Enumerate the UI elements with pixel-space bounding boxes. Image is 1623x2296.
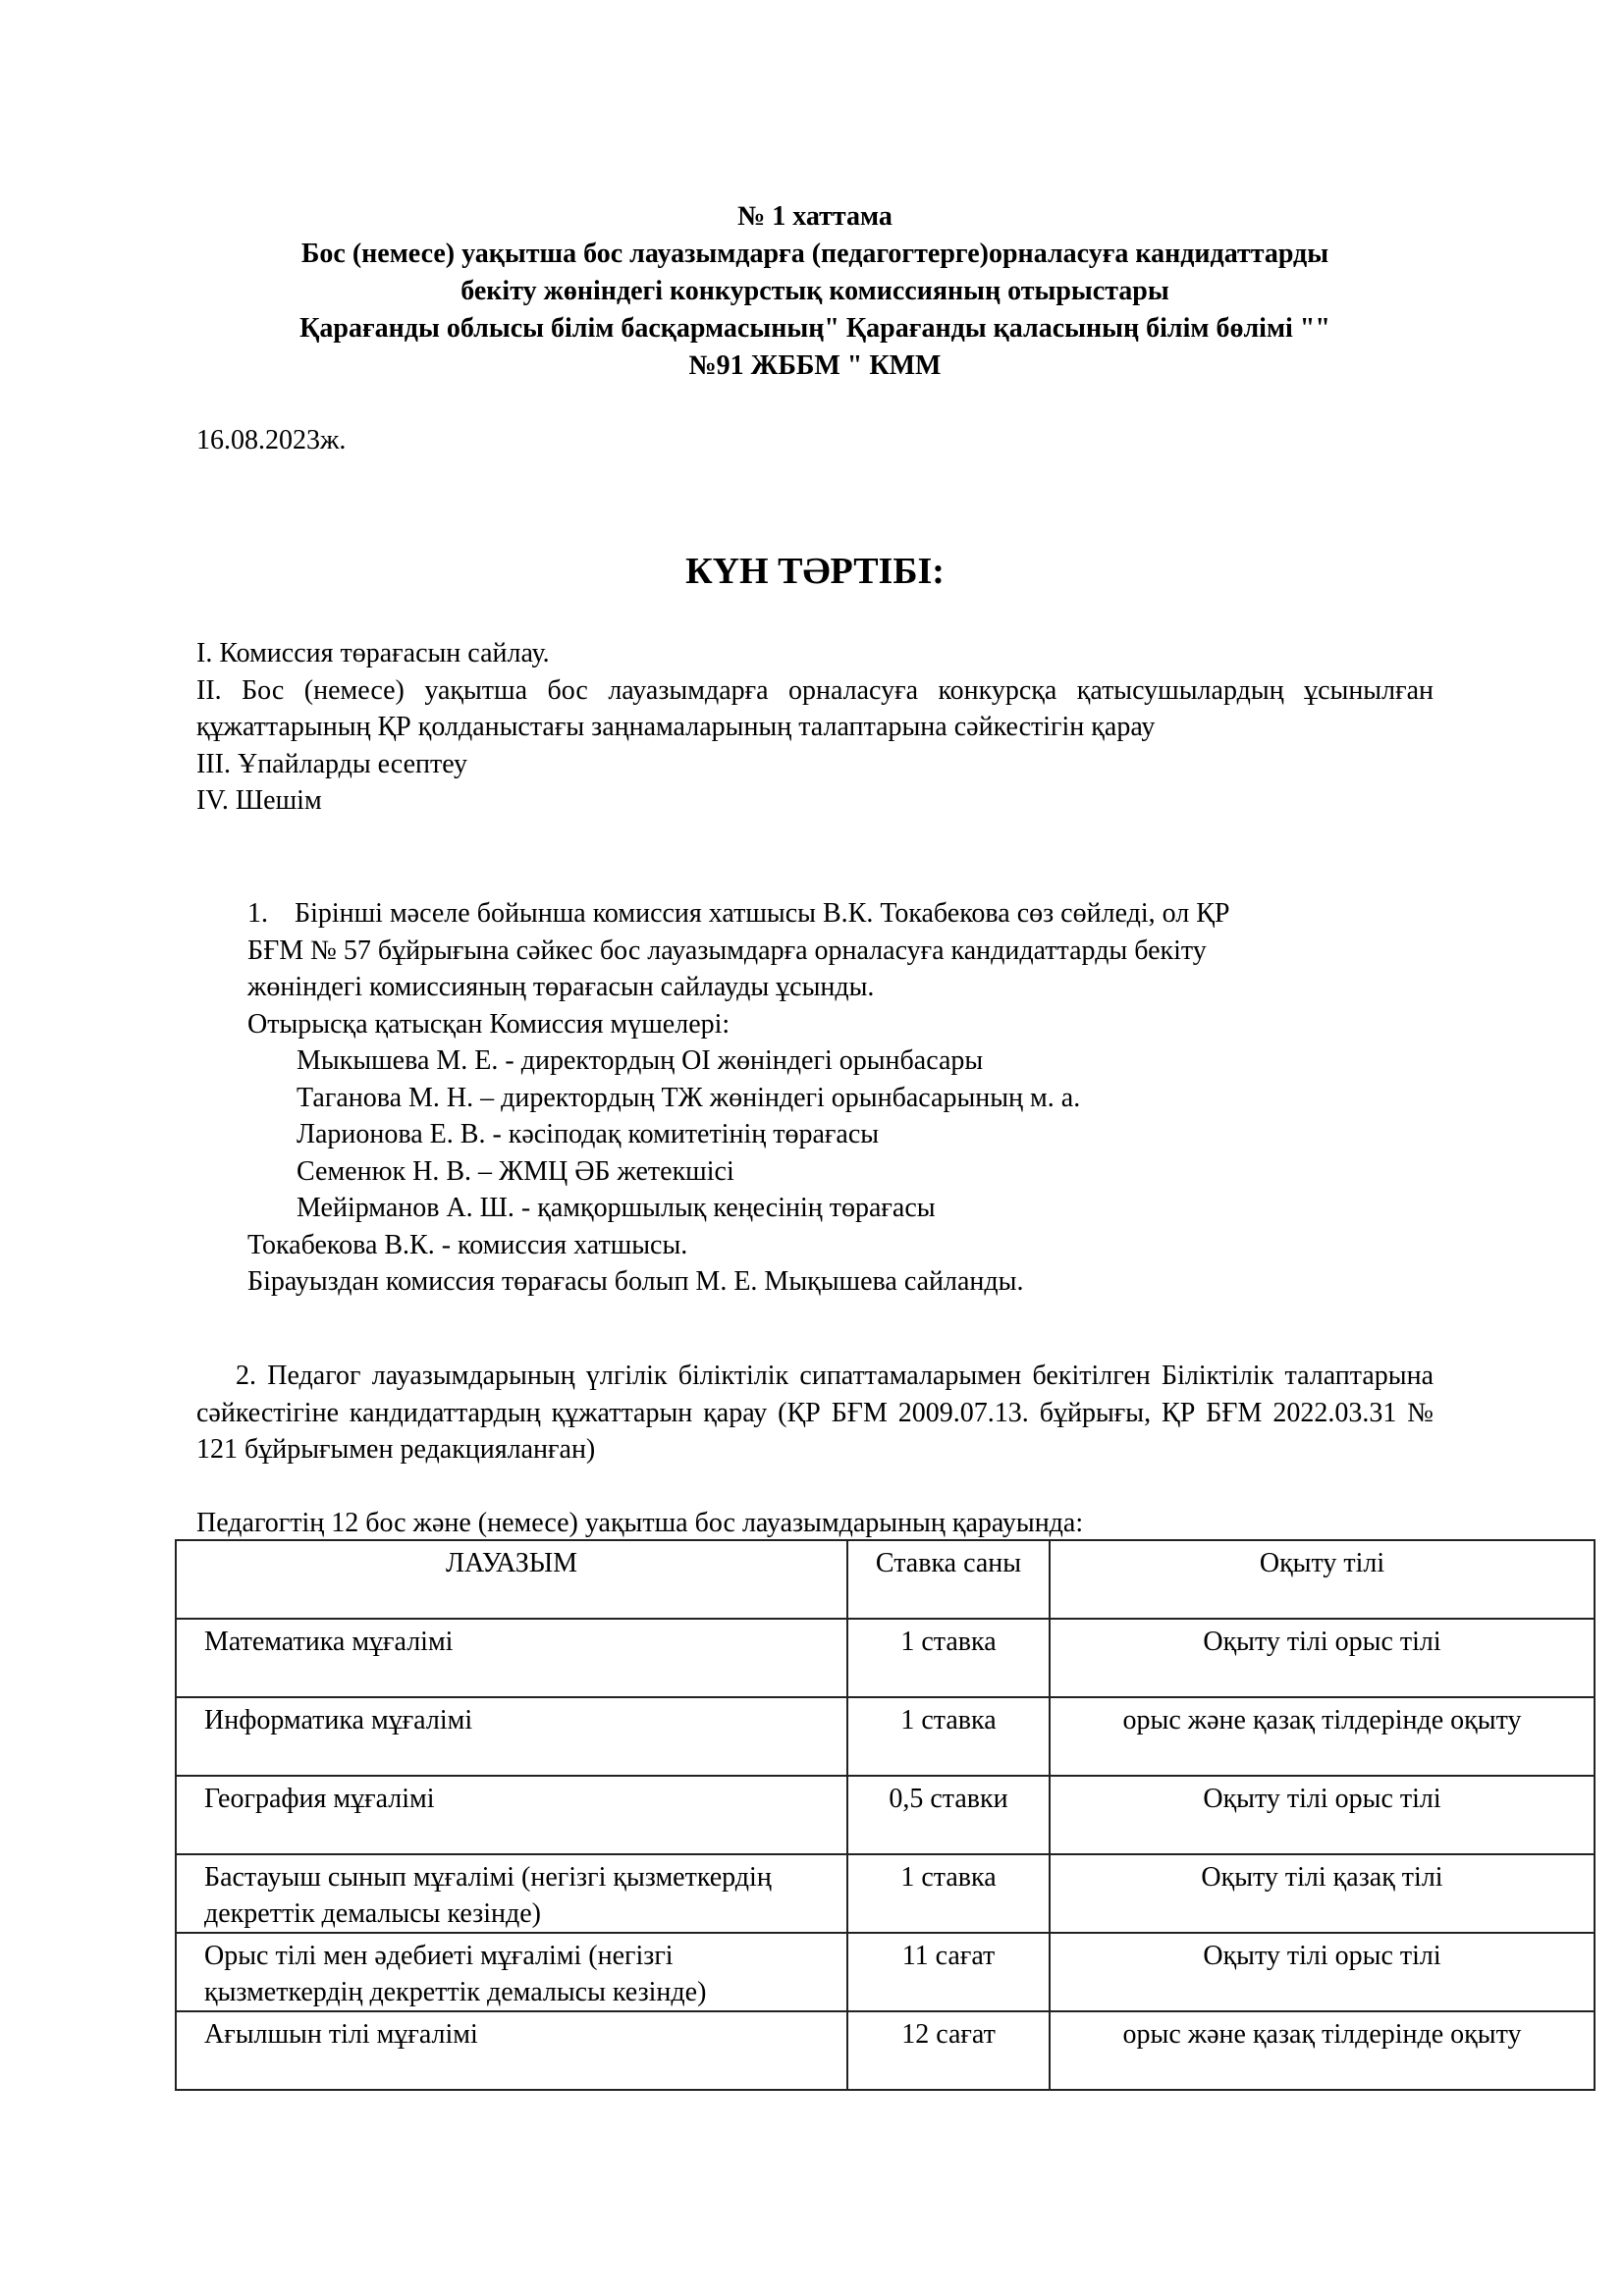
agenda-heading: КҮН ТӘРТІБІ: <box>177 550 1453 593</box>
table-row: Математика мұғалімі 1 ставка Оқыту тілі … <box>176 1619 1595 1697</box>
cell-rate: 12 сағат <box>847 2011 1050 2090</box>
commission-member: Таганова М. Н. – директордың ТЖ жөніндег… <box>247 1080 1434 1117</box>
table-intro: Педагогтің 12 бос және (немесе) уақытша … <box>196 1505 1083 1542</box>
agenda-list: I. Комиссия төрағасын сайлау. II. Бос (н… <box>196 635 1434 820</box>
positions-table: ЛАУАЗЫМ Ставка саны Оқыту тілі Математик… <box>175 1539 1596 2091</box>
table-row: Орыс тілі мен әдебиеті мұғалімі (негізгі… <box>176 1933 1595 2011</box>
table-header-row: ЛАУАЗЫМ Ставка саны Оқыту тілі <box>176 1540 1595 1619</box>
section-2: 2. Педагог лауазымдарының үлгілік білікт… <box>196 1358 1434 1468</box>
cell-language: орыс және қазақ тілдерінде оқыту <box>1050 2011 1595 2090</box>
agenda-item: III. Ұпайларды есептеу <box>196 746 1434 783</box>
cell-language: Оқыту тілі орыс тілі <box>1050 1776 1595 1854</box>
section-1-line: жөніндегі комиссияның төрағасын сайлауды… <box>247 969 1434 1006</box>
cell-rate: 0,5 ставки <box>847 1776 1050 1854</box>
cell-position: Ағылшын тілі мұғалімі <box>176 2011 847 2090</box>
chair-decision: Бірауыздан комиссия төрағасы болып М. Е.… <box>247 1263 1434 1301</box>
cell-language: Оқыту тілі қазақ тілі <box>1050 1854 1595 1933</box>
document-page: № 1 хаттама Бос (немесе) уақытша бос лау… <box>0 0 1623 2296</box>
title-line: Бос (немесе) уақытша бос лауазымдарға (п… <box>177 236 1453 273</box>
agenda-item: IV. Шешім <box>196 782 1434 820</box>
cell-position: Орыс тілі мен әдебиеті мұғалімі (негізгі… <box>176 1933 847 2011</box>
cell-language: Оқыту тілі орыс тілі <box>1050 1933 1595 2011</box>
document-date: 16.08.2023ж. <box>196 422 346 459</box>
commission-member: Ларионова Е. В. - кәсіподақ комитетінің … <box>247 1116 1434 1153</box>
section-2-paragraph: 2. Педагог лауазымдарының үлгілік білікт… <box>196 1358 1434 1468</box>
commission-member: Мыкышева М. Е. - директордың ОІ жөніндег… <box>247 1042 1434 1080</box>
cell-rate: 1 ставка <box>847 1697 1050 1776</box>
table-row: Бастауыш сынып мұғалімі (негізгі қызметк… <box>176 1854 1595 1933</box>
section-1-line: 1.Бірінші мәселе бойынша комиссия хатшыс… <box>247 895 1434 933</box>
title-line: Қарағанды облысы білім басқармасының" Қа… <box>177 310 1453 347</box>
column-header-position: ЛАУАЗЫМ <box>176 1540 847 1619</box>
title-line: №91 ЖББМ " КММ <box>177 347 1453 385</box>
table-row: Ағылшын тілі мұғалімі 12 сағат орыс және… <box>176 2011 1595 2090</box>
title-line: бекіту жөніндегі конкурстық комиссияның … <box>177 273 1453 310</box>
document-header: № 1 хаттама Бос (немесе) уақытша бос лау… <box>177 198 1453 385</box>
cell-language: Оқыту тілі орыс тілі <box>1050 1619 1595 1697</box>
cell-position: Бастауыш сынып мұғалімі (негізгі қызметк… <box>176 1854 847 1933</box>
section-1-text: Бірінші мәселе бойынша комиссия хатшысы … <box>295 898 1230 929</box>
protocol-number: № 1 хаттама <box>177 198 1453 236</box>
section-1: 1.Бірінші мәселе бойынша комиссия хатшыс… <box>247 895 1434 1301</box>
column-header-rate: Ставка саны <box>847 1540 1050 1619</box>
column-header-language: Оқыту тілі <box>1050 1540 1595 1619</box>
cell-rate: 1 ставка <box>847 1619 1050 1697</box>
cell-language: орыс және қазақ тілдерінде оқыту <box>1050 1697 1595 1776</box>
table-row: Информатика мұғалімі 1 ставка орыс және … <box>176 1697 1595 1776</box>
cell-position: География мұғалімі <box>176 1776 847 1854</box>
cell-position: Математика мұғалімі <box>176 1619 847 1697</box>
commission-member: Мейірманов А. Ш. - қамқоршылық кеңесінің… <box>247 1190 1434 1227</box>
agenda-item: I. Комиссия төрағасын сайлау. <box>196 635 1434 672</box>
cell-rate: 11 сағат <box>847 1933 1050 2011</box>
members-heading: Отырысқа қатысқан Комиссия мүшелері: <box>247 1006 1434 1043</box>
section-1-number: 1. <box>247 895 295 933</box>
commission-member: Семенюк Н. В. – ЖМЦ ӘБ жетекшісі <box>247 1153 1434 1191</box>
cell-rate: 1 ставка <box>847 1854 1050 1933</box>
cell-position: Информатика мұғалімі <box>176 1697 847 1776</box>
section-1-line: БҒМ № 57 бұйрығына сәйкес бос лауазымдар… <box>247 933 1434 970</box>
table-row: География мұғалімі 0,5 ставки Оқыту тілі… <box>176 1776 1595 1854</box>
commission-secretary: Токабекова В.К. - комиссия хатшысы. <box>247 1227 1434 1264</box>
agenda-item: II. Бос (немесе) уақытша бос лауазымдарғ… <box>196 672 1434 746</box>
